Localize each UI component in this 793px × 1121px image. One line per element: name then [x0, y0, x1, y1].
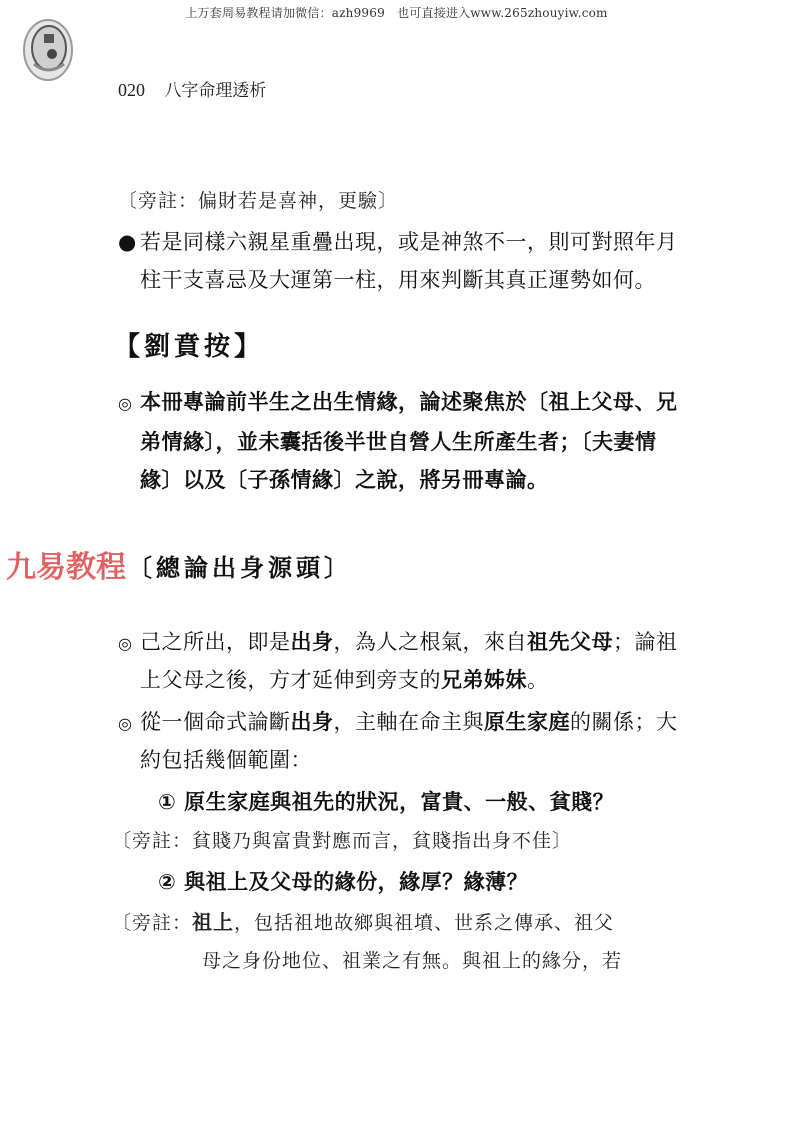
double-circle-icon: ◎	[118, 634, 140, 653]
list-item: ① 原生家庭與祖先的狀況，富貴、一般、貧賤？	[158, 786, 614, 816]
paragraph-line: 約包括幾個範圍：	[140, 744, 312, 774]
list-item: ② 與祖上及父母的緣份，緣厚？緣薄？	[158, 866, 528, 896]
paragraph: ◎從一個命式論斷出身，主軸在命主與原生家庭的關係；大	[118, 706, 678, 736]
book-title: 八字命理透析	[164, 81, 266, 101]
side-note: 〔旁註：偏財若是喜神，更驗〕	[118, 186, 398, 213]
watermark-banner: 上万套周易教程请加微信：azh9969 也可直接进入www.265zhouyiw…	[0, 4, 793, 21]
watermark-red: 九易教程	[6, 542, 126, 586]
author-note-line: 緣〕以及〔子孫情緣〕之說，將另冊專論。	[140, 464, 549, 494]
running-header: 020 八字命理透析	[118, 76, 266, 101]
side-note-cont: 母之身份地位、祖業之有無。與祖上的緣分，若	[202, 946, 622, 973]
author-note-line: 弟情緣〕，並未囊括後半世自營人生所產生者；〔夫妻情	[140, 426, 657, 456]
page-number: 020	[118, 80, 145, 100]
paragraph: ◎己之所出，即是出身，為人之根氣，來自祖先父母；論祖	[118, 626, 678, 656]
section-heading: 【劉賁按】	[114, 326, 264, 363]
bullet-icon: ●	[118, 230, 140, 254]
bullet-paragraph-cont: 柱干支喜忌及大運第一柱，用來判斷其真正運勢如何。	[140, 264, 656, 294]
paragraph-line: 上父母之後，方才延伸到旁支的兄弟姊妹。	[140, 664, 549, 694]
section-heading: 〔總論出身源頭〕	[128, 548, 352, 583]
bullet-paragraph: ●若是同樣六親星重疊出現，或是神煞不一，則可對照年月	[118, 226, 678, 256]
double-circle-icon: ◎	[118, 714, 140, 733]
book-logo-icon	[22, 14, 74, 84]
double-circle-icon: ◎	[118, 394, 140, 413]
author-note-paragraph: ◎本冊專論前半生之出生情緣，論述聚焦於〔祖上父母、兄	[118, 386, 678, 416]
side-note: 〔旁註：祖上，包括祖地故鄉與祖墳、世系之傳承、祖父	[112, 906, 614, 935]
side-note: 〔旁註：貧賤乃與富貴對應而言，貧賤指出身不佳〕	[112, 826, 572, 853]
